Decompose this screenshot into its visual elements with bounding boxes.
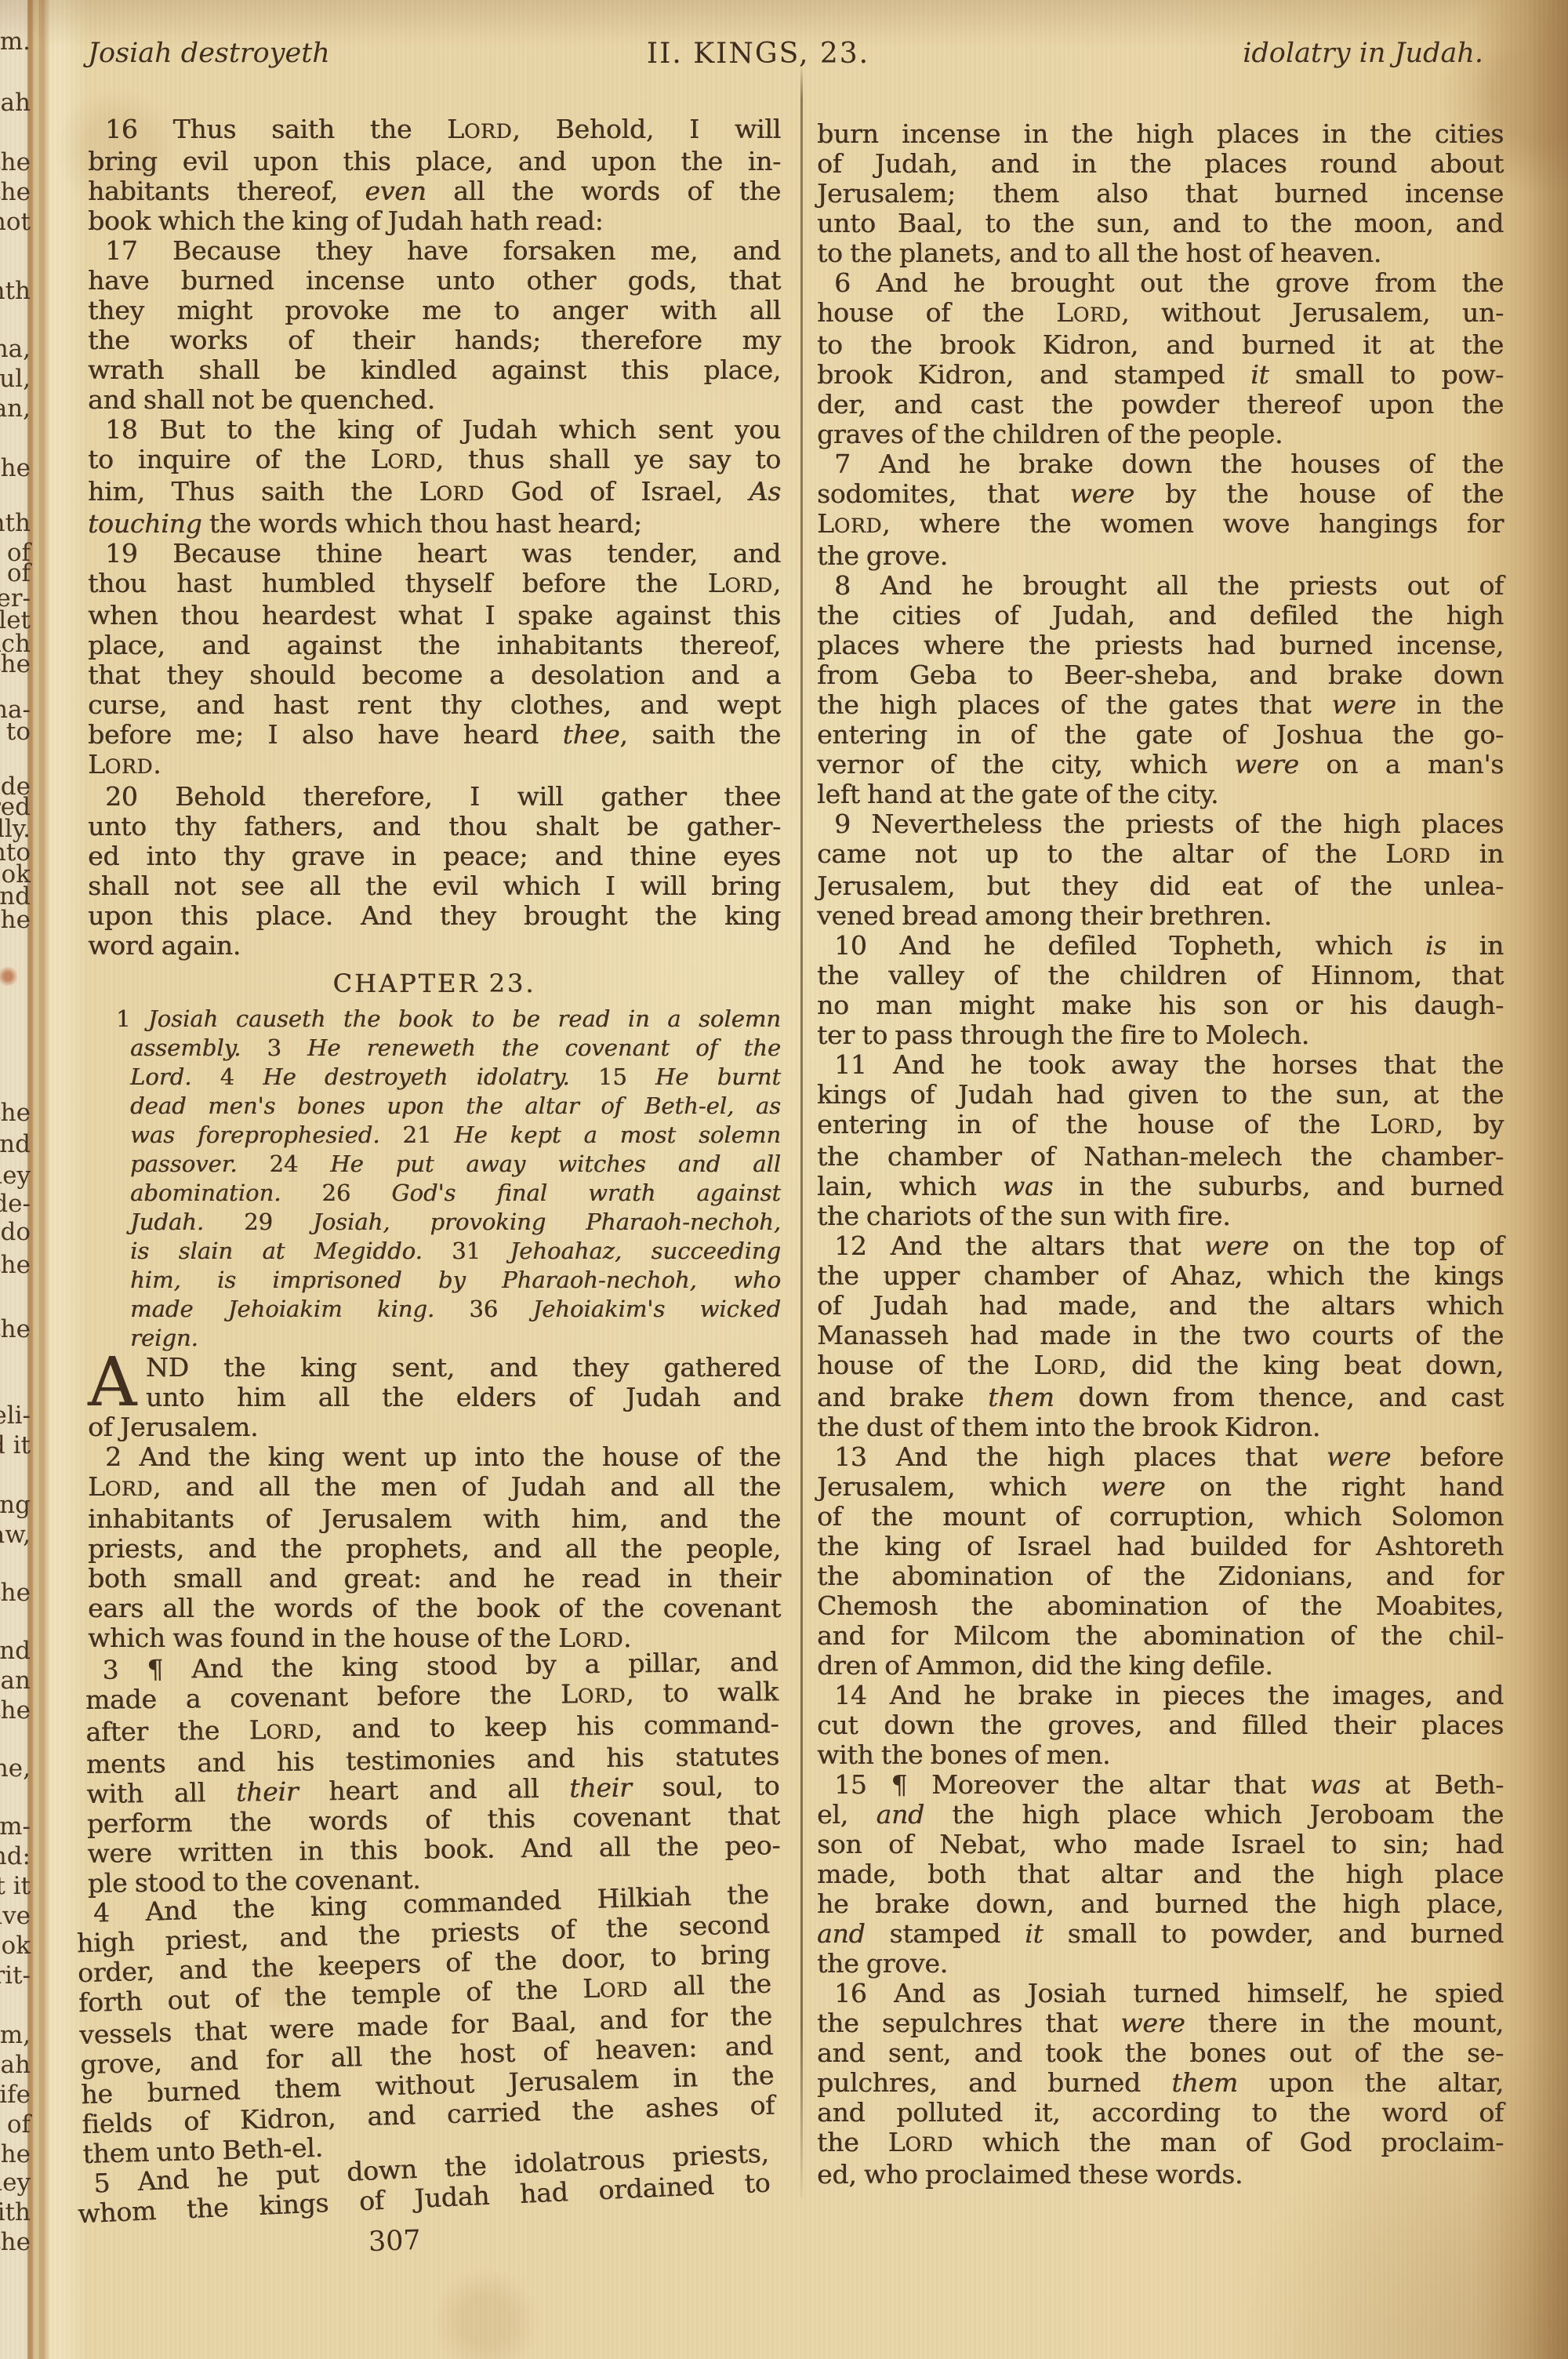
text-line: unto thy fathers, and thou shalt be gath… <box>88 812 781 841</box>
text-line: to inquire of the LORD, thus shall ye sa… <box>88 445 781 477</box>
text-line: abomination. 26 God's final wrath agains… <box>130 1179 781 1208</box>
text-line: Manasseh had made in the two courts of t… <box>817 1321 1504 1350</box>
text-line: son of Nebat, who made Israel to sin; ha… <box>817 1830 1504 1859</box>
text-line: Jerusalem, which were on the right hand <box>817 1472 1504 1502</box>
adjacent-page-text-fragment: wife <box>0 2083 31 2107</box>
verse-paragraph: 13 And the high places that were beforeJ… <box>817 1442 1504 1681</box>
text-line: and stamped it small to powder, and burn… <box>817 1919 1504 1949</box>
adjacent-page-text-fragment: have <box>0 1904 31 1928</box>
text-line: Judah. 29 Josiah, provoking Pharaoh-nech… <box>130 1208 781 1237</box>
adjacent-page-text-fragment: hiah <box>0 2053 31 2077</box>
adjacent-page-text-fragment: saith <box>0 2201 31 2225</box>
text-line: passover. 24 He put away witches and all <box>130 1150 781 1179</box>
text-line: places where the priests had burned ince… <box>817 631 1504 660</box>
text-line: 1 Josiah causeth the book to be read in … <box>130 1005 781 1034</box>
adjacent-page-text-fragment: m. <box>0 30 31 54</box>
text-line: 6 And he brought out the grove from the <box>817 268 1504 298</box>
left-text-column: 16 Thus saith the LORD, Behold, I willbr… <box>88 114 781 2229</box>
text-line: him, Thus saith the LORD God of Israel, … <box>88 477 781 509</box>
text-line: thou hast humbled thyself before the LOR… <box>88 569 781 601</box>
adjacent-page-text-fragment: an, <box>0 397 31 421</box>
adjacent-page-text-fragment: the <box>0 1581 31 1605</box>
text-line: 10 And he defiled Topheth, which is in <box>817 931 1504 961</box>
adjacent-page-text-fragment: law, <box>0 1523 31 1547</box>
verse-paragraph: 17 Because they have forsaken me, andhav… <box>88 236 781 415</box>
text-line: to the brook Kidron, and burned it at th… <box>817 330 1504 360</box>
text-line: the cities of Judah, and defiled the hig… <box>817 601 1504 631</box>
text-line: the sepulchres that were there in the mo… <box>817 2008 1504 2038</box>
text-line: curse, and hast rent thy clothes, and we… <box>88 690 781 720</box>
text-line: and brake them down from thence, and cas… <box>817 1383 1504 1412</box>
text-line: the grove. <box>817 541 1504 571</box>
text-line: 2 And the king went up into the house of… <box>88 1442 781 1472</box>
verse-paragraph: 11 And he took away the horses that thek… <box>817 1050 1504 1231</box>
text-line: ears all the words of the book of the co… <box>88 1594 781 1623</box>
text-line: inhabitants of Jerusalem with him, and t… <box>88 1504 781 1534</box>
text-line: vernor of the city, which were on a man'… <box>817 750 1504 780</box>
text-line: 20 Behold therefore, I will gather thee <box>88 782 781 812</box>
verse-paragraph: 19 Because thine heart was tender, andth… <box>88 539 781 782</box>
text-line: the LORD which the man of God proclaim- <box>817 2128 1504 2160</box>
verse-paragraph: 15 ¶ Moreover the altar that was at Beth… <box>817 1770 1504 1979</box>
text-line: the works of their hands; therefore my <box>88 325 781 355</box>
chapter-heading: CHAPTER 23. <box>88 969 781 998</box>
verse-paragraph: 6 And he brought out the grove from theh… <box>817 268 1504 449</box>
running-head-left: Josiah destroyeth <box>88 38 330 69</box>
text-line: ND the king sent, and they gathered <box>88 1353 781 1383</box>
text-line: Jerusalem, but they did eat of the unlea… <box>817 871 1504 901</box>
text-line: of Judah had made, and the altars which <box>817 1291 1504 1321</box>
verse-paragraph: 3 ¶ And the king stood by a pillar, andm… <box>85 1647 781 1899</box>
text-line: pulchres, and burned them upon the altar… <box>817 2068 1504 2098</box>
text-line: 13 And the high places that were before <box>817 1442 1504 1472</box>
adjacent-page-text-fragment: oney <box>0 1164 31 1188</box>
adjacent-page-text-fragment: e to <box>0 720 31 744</box>
adjacent-page-text-fragment: writ- <box>0 1964 31 1988</box>
text-line: upon this place. And they brought the ki… <box>88 901 781 931</box>
adjacent-page-text-fragment: deli- <box>0 1404 31 1428</box>
text-line: 8 And he brought all the priests out of <box>817 571 1504 601</box>
text-line: Lord. 4 He destroyeth idolatry. 15 He bu… <box>130 1063 781 1092</box>
text-line: the dust of them into the brook Kidron. <box>817 1412 1504 1442</box>
adjacent-page-text-fragment: d it <box>0 1434 31 1458</box>
text-line: 9 Nevertheless the priests of the high p… <box>817 809 1504 839</box>
chapter-summary: 1 Josiah causeth the book to be read in … <box>130 1005 781 1353</box>
text-line: the upper chamber of Ahaz, which the kin… <box>817 1261 1504 1291</box>
text-line: 17 Because they have forsaken me, and <box>88 236 781 266</box>
text-line: both small and great: and he read in the… <box>88 1564 781 1594</box>
adjacent-page-text-fragment: kam, <box>0 2023 31 2048</box>
text-line: of Judah, and in the places round about <box>817 149 1504 179</box>
text-line: and sent, and took the bones out of the … <box>817 2038 1504 2068</box>
text-line: the chamber of Nathan-melech the chamber… <box>817 1142 1504 1172</box>
text-line: dren of Ammon, did the king defile. <box>817 1651 1504 1681</box>
text-line: habitants thereof, even all the words of… <box>88 176 781 206</box>
text-line: book which the king of Judah hath read: <box>88 206 781 236</box>
text-line: LORD. <box>88 750 781 782</box>
verse-paragraph: 8 And he brought all the priests out oft… <box>817 571 1504 809</box>
verse-paragraph-dropcap: AND the king sent, and they gatheredunto… <box>88 1353 781 1442</box>
text-line: is slain at Megiddo. 31 Jehoahaz, succee… <box>130 1237 781 1266</box>
text-line: with the bones of men. <box>817 1740 1504 1770</box>
text-line: 15 ¶ Moreover the altar that was at Beth… <box>817 1770 1504 1800</box>
adjacent-page-text-fragment: und: <box>0 1845 31 1869</box>
text-line: bring evil upon this place, and upon the… <box>88 147 781 176</box>
text-line: was foreprophesied. 21 He kept a most so… <box>130 1121 781 1150</box>
text-line: word again. <box>88 931 781 961</box>
adjacent-page-text-fragment: the <box>0 151 31 175</box>
text-line: 11 And he took away the horses that the <box>817 1050 1504 1080</box>
text-line: the king of Israel had builded for Ashto… <box>817 1532 1504 1561</box>
adjacent-page-text-fragment: and <box>0 1132 31 1157</box>
text-line: to the planets, and to all the host of h… <box>817 238 1504 268</box>
adjacent-page-text-fragment: d he <box>0 908 31 932</box>
adjacent-page-text-fragment: the <box>0 1253 31 1278</box>
drop-cap-letter: A <box>88 1355 136 1410</box>
text-line: and shall not be quenched. <box>88 385 781 415</box>
verse-paragraph: 4 And the king commanded Hilkiah thehigh… <box>75 1880 775 2170</box>
text-line: of the mount of corruption, which Solomo… <box>817 1502 1504 1532</box>
adjacent-page-text-fragment: they <box>0 2171 31 2195</box>
verse-paragraph: 9 Nevertheless the priests of the high p… <box>817 809 1504 931</box>
adjacent-page-text-fragment: de- <box>0 1192 31 1216</box>
verse-paragraph: 18 But to the king of Judah which sent y… <box>88 415 781 539</box>
text-line: priests, and the prophets, and all the p… <box>88 1534 781 1564</box>
text-line: LORD, where the women wove hangings for <box>817 509 1504 541</box>
text-line: him, is imprisoned by Pharaoh-nechoh, wh… <box>130 1266 781 1295</box>
text-line: the grove. <box>817 1949 1504 1979</box>
text-line: the valley of the children of Hinnom, th… <box>817 961 1504 990</box>
adjacent-page-text-fragment: iah <box>0 91 31 115</box>
text-line: sodomites, that were by the house of the <box>817 479 1504 509</box>
text-line: the high places of the gates that were i… <box>817 690 1504 720</box>
text-line: dead men's bones upon the altar of Beth-… <box>130 1092 781 1121</box>
text-line: el, and the high place which Jeroboam th… <box>817 1800 1504 1830</box>
text-line: place, and against the inhabitants there… <box>88 631 781 660</box>
adjacent-page-text-fragment: f the <box>0 1699 31 1723</box>
adjacent-page-text-fragment: ha, <box>0 337 31 362</box>
text-line: made Jehoiakim king. 36 Jehoiakim's wick… <box>130 1295 781 1324</box>
text-line: they might provoke me to anger with all <box>88 296 781 325</box>
text-line: house of the LORD, did the king beat dow… <box>817 1350 1504 1383</box>
text-line: before me; I also have heard thee, saith… <box>88 720 781 750</box>
text-line: 12 And the altars that were on the top o… <box>817 1231 1504 1261</box>
text-line: Chemosh the abomination of the Moabites, <box>817 1591 1504 1621</box>
column-divider-rule <box>800 67 803 2197</box>
text-line: ter to pass through the fire to Molech. <box>817 1020 1504 1050</box>
text-line: der, and cast the powder thereof upon th… <box>817 390 1504 420</box>
text-line: unto Baal, to the sun, and to the moon, … <box>817 209 1504 238</box>
verse-paragraph: 12 And the altars that were on the top o… <box>817 1231 1504 1442</box>
page-number: 307 <box>368 2225 421 2258</box>
right-text-column: burn incense in the high places in the c… <box>817 119 1504 2190</box>
text-line: and for Milcom the abomination of the ch… <box>817 1621 1504 1651</box>
text-line: ed, who proclaimed these words. <box>817 2160 1504 2190</box>
adjacent-page-text-fragment: s he <box>0 456 31 481</box>
text-line: cut down the groves, and filled their pl… <box>817 1710 1504 1740</box>
adjacent-page-text-fragment: t do <box>0 1220 31 1245</box>
adjacent-page-text-fragment: com- <box>0 1815 31 1839</box>
running-head-center: II. KINGS, 23. <box>647 38 869 70</box>
verse-paragraph: 2 And the king went up into the house of… <box>88 1442 781 1656</box>
adjacent-page-edge: m.iahthethenotnthha,ul,an,s hentha ofl o… <box>0 0 33 2359</box>
text-line: that they should become a desolation and… <box>88 660 781 690</box>
text-line: Jerusalem; them also that burned incense <box>817 179 1504 209</box>
adjacent-page-text-fragment: king <box>0 1493 31 1518</box>
adjacent-page-text-fragment: me, <box>0 1757 31 1781</box>
adjacent-page-text-fragment: w she <box>0 2143 31 2167</box>
text-line: unto him all the elders of Judah and <box>88 1383 781 1412</box>
adjacent-page-text-fragment: l of <box>0 562 31 586</box>
adjacent-page-text-fragment: the <box>0 1318 31 1342</box>
verse-paragraph: 14 And he brake in pieces the images, an… <box>817 1681 1504 1770</box>
text-line: kings of Judah had given to the sun, at … <box>817 1080 1504 1110</box>
adjacent-page-text-fragment: ul, <box>0 367 31 391</box>
verse-paragraph: 7 And he brake down the houses of thesod… <box>817 449 1504 571</box>
text-line: reign. <box>130 1324 781 1353</box>
text-line: house of the LORD, without Jerusalem, un… <box>817 298 1504 330</box>
text-line: assembly. 3 He reneweth the covenant of … <box>130 1034 781 1063</box>
text-line: 16 Thus saith the LORD, Behold, I will <box>88 114 781 147</box>
text-line: 19 Because thine heart was tender, and <box>88 539 781 569</box>
text-line: entering in of the gate of Joshua the go… <box>817 720 1504 750</box>
text-line: have burned incense unto other gods, tha… <box>88 266 781 296</box>
adjacent-page-text-fragment: book <box>0 1934 31 1958</box>
text-line: 16 And as Josiah turned himself, he spie… <box>817 1979 1504 2008</box>
verse-paragraph: 16 Thus saith the LORD, Behold, I willbr… <box>88 114 781 236</box>
text-line: shall not see all the evil which I will … <box>88 871 781 901</box>
bible-page: m.iahthethenotnthha,ul,an,s hentha ofl o… <box>0 0 1568 2359</box>
running-head-right: idolatry in Judah. <box>1243 38 1483 69</box>
verse-paragraph: 16 And as Josiah turned himself, he spie… <box>817 1979 1504 2190</box>
text-line: 18 But to the king of Judah which sent y… <box>88 415 781 445</box>
text-line: ed into thy grave in peace; and thine ey… <box>88 841 781 871</box>
text-line: and polluted it, according to the word o… <box>817 2098 1504 2128</box>
text-line: graves of the children of the people. <box>817 420 1504 449</box>
adjacent-page-text-fragment: on of <box>0 2113 31 2137</box>
adjacent-page-text-fragment: ast it <box>0 1874 31 1899</box>
text-line: touching the words which thou hast heard… <box>88 509 781 539</box>
text-line: vened bread among their brethren. <box>817 901 1504 931</box>
text-line: LORD, and all the men of Judah and all t… <box>88 1472 781 1504</box>
text-line: lain, which was in the suburbs, and burn… <box>817 1172 1504 1201</box>
text-line: of Jerusalem. <box>88 1412 781 1442</box>
adjacent-page-text-fragment: nth <box>0 511 31 536</box>
text-line: came not up to the altar of the LORD in <box>817 839 1504 871</box>
text-line: wrath shall be kindled against this plac… <box>88 355 781 385</box>
text-line: from Geba to Beer-sheba, and brake down <box>817 660 1504 690</box>
verse-paragraph: 20 Behold therefore, I will gather theeu… <box>88 782 781 961</box>
text-line: left hand at the gate of the city. <box>817 780 1504 809</box>
text-line: burn incense in the high places in the c… <box>817 119 1504 149</box>
text-line: 7 And he brake down the houses of the <box>817 449 1504 479</box>
text-line: 14 And he brake in pieces the images, an… <box>817 1681 1504 1710</box>
adjacent-page-text-fragment: the <box>0 652 31 677</box>
text-line: the abomination of the Zidonians, and fo… <box>817 1561 1504 1591</box>
text-line: no man might make his son or his daugh- <box>817 990 1504 1020</box>
adjacent-page-text-fragment: the <box>0 2230 31 2255</box>
adjacent-page-text-fragment: nth <box>0 279 31 304</box>
text-line: brook Kidron, and stamped it small to po… <box>817 360 1504 390</box>
text-line: he brake down, and burned the high place… <box>817 1889 1504 1919</box>
verse-paragraph: 10 And he defiled Topheth, which is inth… <box>817 931 1504 1050</box>
adjacent-page-text-fragment: the <box>0 180 31 205</box>
adjacent-page-text-fragment: not <box>0 210 31 234</box>
text-line: the chariots of the sun with fire. <box>817 1201 1504 1231</box>
text-line: made, both that altar and the high place <box>817 1859 1504 1889</box>
adjacent-page-text-fragment: phan <box>0 1669 31 1693</box>
adjacent-page-text-fragment: the <box>0 1101 31 1125</box>
verse-paragraph: burn incense in the high places in the c… <box>817 119 1504 268</box>
adjacent-page-text-fragment: , and <box>0 1639 31 1663</box>
text-line: when thou heardest what I spake against … <box>88 601 781 631</box>
text-line: entering in of the house of the LORD, by <box>817 1110 1504 1142</box>
